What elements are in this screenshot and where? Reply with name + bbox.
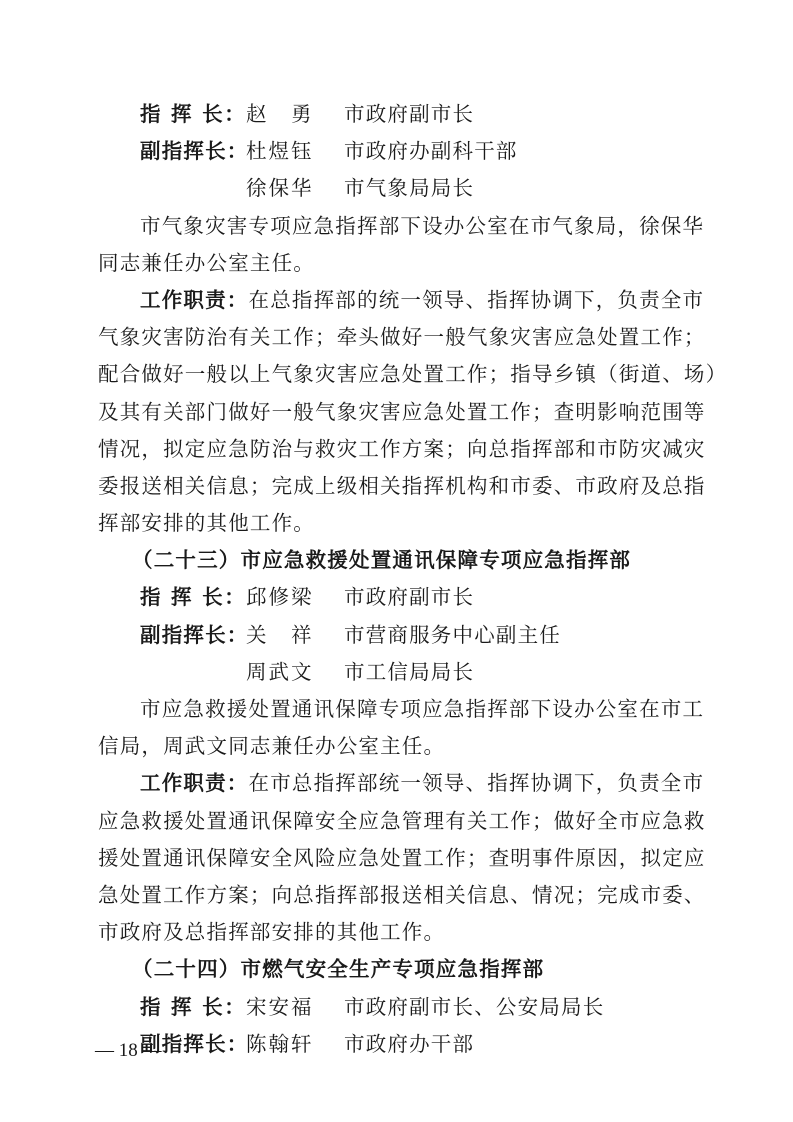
role-label: 指 挥 长：	[140, 989, 246, 1026]
office-line: 信局，周武文同志兼任办公室主任。	[98, 728, 702, 765]
office-line: 市气象灾害专项应急指挥部下设办公室在市气象局，徐保华	[98, 208, 702, 245]
person-title: 市气象局局长	[344, 170, 474, 207]
duties-line: 挥部安排的其他工作。	[98, 505, 702, 542]
person-name: 徐保华	[246, 170, 344, 207]
deputy-row: 副指挥长： 杜煜钰 市政府办副科干部	[98, 133, 702, 170]
person-name: 邱修梁	[246, 579, 344, 616]
duties-line: 情况，拟定应急防治与救灾工作方案；向总指挥部和市防灾减灾	[98, 431, 702, 468]
commander-row: 指 挥 长： 宋安福 市政府副市长、公安局局长	[98, 989, 702, 1026]
office-line: 市应急救援处置通讯保障专项应急指挥部下设办公室在市工	[98, 691, 702, 728]
person-name: 周武文	[246, 654, 344, 691]
duties-line: 工作职责：在总指挥部的统一领导、指挥协调下，负责全市	[98, 282, 702, 319]
person-title: 市营商服务中心副主任	[344, 617, 561, 654]
commander-row: 指 挥 长： 邱修梁 市政府副市长	[98, 579, 702, 616]
duties-line: 市政府及总指挥部安排的其他工作。	[98, 914, 702, 951]
deputy-row: 副指挥长： 陈翰轩 市政府办干部	[98, 1026, 702, 1063]
person-title: 市政府副市长	[344, 579, 474, 616]
page-number: — 18 —	[95, 1040, 162, 1062]
duties-line: 急处置工作方案；向总指挥部报送相关信息、情况；完成市委、	[98, 877, 702, 914]
role-label: 副指挥长：	[140, 617, 246, 654]
person-name: 杜煜钰	[246, 133, 344, 170]
document-page: 指 挥 长： 赵 勇 市政府副市长 副指挥长： 杜煜钰 市政府办副科干部 徐保华…	[98, 96, 702, 1063]
person-title: 市政府副市长、公安局局长	[344, 989, 604, 1026]
commander-row: 指 挥 长： 赵 勇 市政府副市长	[98, 96, 702, 133]
duties-line: 气象灾害防治有关工作；牵头做好一般气象灾害应急处置工作；	[98, 319, 702, 356]
duties-label: 工作职责：	[140, 771, 249, 795]
duties-line: 委报送相关信息；完成上级相关指挥机构和市委、市政府及总指	[98, 468, 702, 505]
duties-line: 工作职责：在市总指挥部统一领导、指挥协调下，负责全市	[98, 765, 702, 802]
person-title: 市政府办干部	[344, 1026, 474, 1063]
duties-line: 援处置通讯保障安全风险应急处置工作；查明事件原因，拟定应	[98, 840, 702, 877]
person-name: 陈翰轩	[246, 1026, 344, 1063]
duties-line: 配合做好一般以上气象灾害应急处置工作；指导乡镇（街道、场）	[98, 356, 702, 393]
role-label: 副指挥长：	[140, 133, 246, 170]
role-label: 指 挥 长：	[140, 96, 246, 133]
section-heading: （二十三）市应急救援处置通讯保障专项应急指挥部	[98, 542, 702, 579]
duties-line: 及其有关部门做好一般气象灾害应急处置工作；查明影响范围等	[98, 394, 702, 431]
role-label	[140, 170, 246, 207]
role-label	[140, 654, 246, 691]
person-name: 宋安福	[246, 989, 344, 1026]
person-title: 市政府办副科干部	[344, 133, 518, 170]
deputy-row: 徐保华 市气象局局长	[98, 170, 702, 207]
deputy-row: 副指挥长： 关 祥 市营商服务中心副主任	[98, 617, 702, 654]
person-name: 关 祥	[246, 617, 344, 654]
section-heading: （二十四）市燃气安全生产专项应急指挥部	[98, 951, 702, 988]
person-title: 市工信局局长	[344, 654, 474, 691]
deputy-row: 周武文 市工信局局长	[98, 654, 702, 691]
duties-text: 在市总指挥部统一领导、指挥协调下，负责全市	[249, 771, 705, 795]
role-label: 指 挥 长：	[140, 579, 246, 616]
office-line: 同志兼任办公室主任。	[98, 245, 702, 282]
person-name: 赵 勇	[246, 96, 344, 133]
person-title: 市政府副市长	[344, 96, 474, 133]
duties-label: 工作职责：	[140, 288, 249, 312]
duties-line: 应急救援处置通讯保障安全应急管理有关工作；做好全市应急救	[98, 803, 702, 840]
duties-text: 在总指挥部的统一领导、指挥协调下，负责全市	[249, 288, 705, 312]
